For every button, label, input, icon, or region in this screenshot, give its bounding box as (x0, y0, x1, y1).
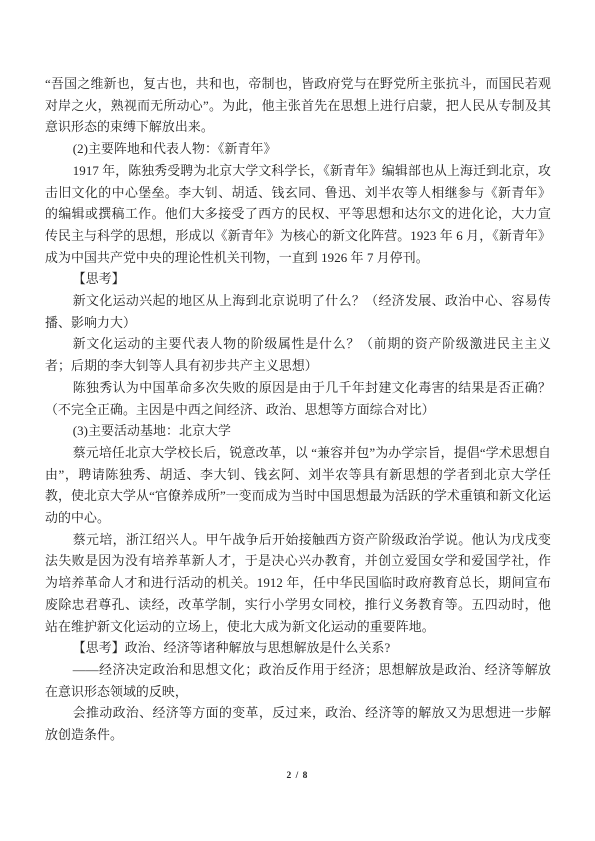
paragraph: “吾国之维新也，复古也，共和也，帝制也，皆政府党与在野党所主张抗斗，而国民若观对… (45, 74, 551, 139)
page-number: 2 / 8 (0, 771, 595, 781)
paragraph: 会推动政治、经济等方面的变革，反过来，政治、经济等的解放又为思想进一步解放创造条… (45, 703, 551, 746)
paragraph: 【思考】 (45, 269, 551, 291)
paragraph: 1917 年，陈独秀受聘为北京大学文科学长，《新青年》编辑部也从上海迁到北京，攻… (45, 161, 551, 270)
document-body: “吾国之维新也，复古也，共和也，帝制也，皆政府党与在野党所主张抗斗，而国民若观对… (45, 74, 551, 747)
paragraph: 蔡元培任北京大学校长后，锐意改革，以 “兼容并包”为办学宗旨，提倡“学术思想自由… (45, 443, 551, 530)
paragraph: 新文化运动的主要代表人物的阶级属性是什么？（前期的资产阶级激进民主主义者；后期的… (45, 334, 551, 377)
paragraph: 陈独秀认为中国革命多次失败的原因是由于几千年封建文化毒害的结果是否正确？（不完全… (45, 378, 551, 421)
paragraph: ——经济决定政治和思想文化；政治反作用于经济；思想解放是政治、经济等解放在意识形… (45, 660, 551, 703)
paragraph: (2)主要阵地和代表人物：《新青年》 (45, 139, 551, 161)
paragraph: 【思考】政治、经济等诸种解放与思想解放是什么关系? (45, 638, 551, 660)
paragraph: 蔡元培，浙江绍兴人。甲午战争后开始接触西方资产阶级政治学说。他认为戊戌变法失败是… (45, 530, 551, 639)
document-page: “吾国之维新也，复古也，共和也，帝制也，皆政府党与在野党所主张抗斗，而国民若观对… (0, 0, 595, 841)
paragraph: 新文化运动兴起的地区从上海到北京说明了什么？（经济发展、政治中心、容易传播、影响… (45, 291, 551, 334)
paragraph: (3)主要活动基地：北京大学 (45, 421, 551, 443)
